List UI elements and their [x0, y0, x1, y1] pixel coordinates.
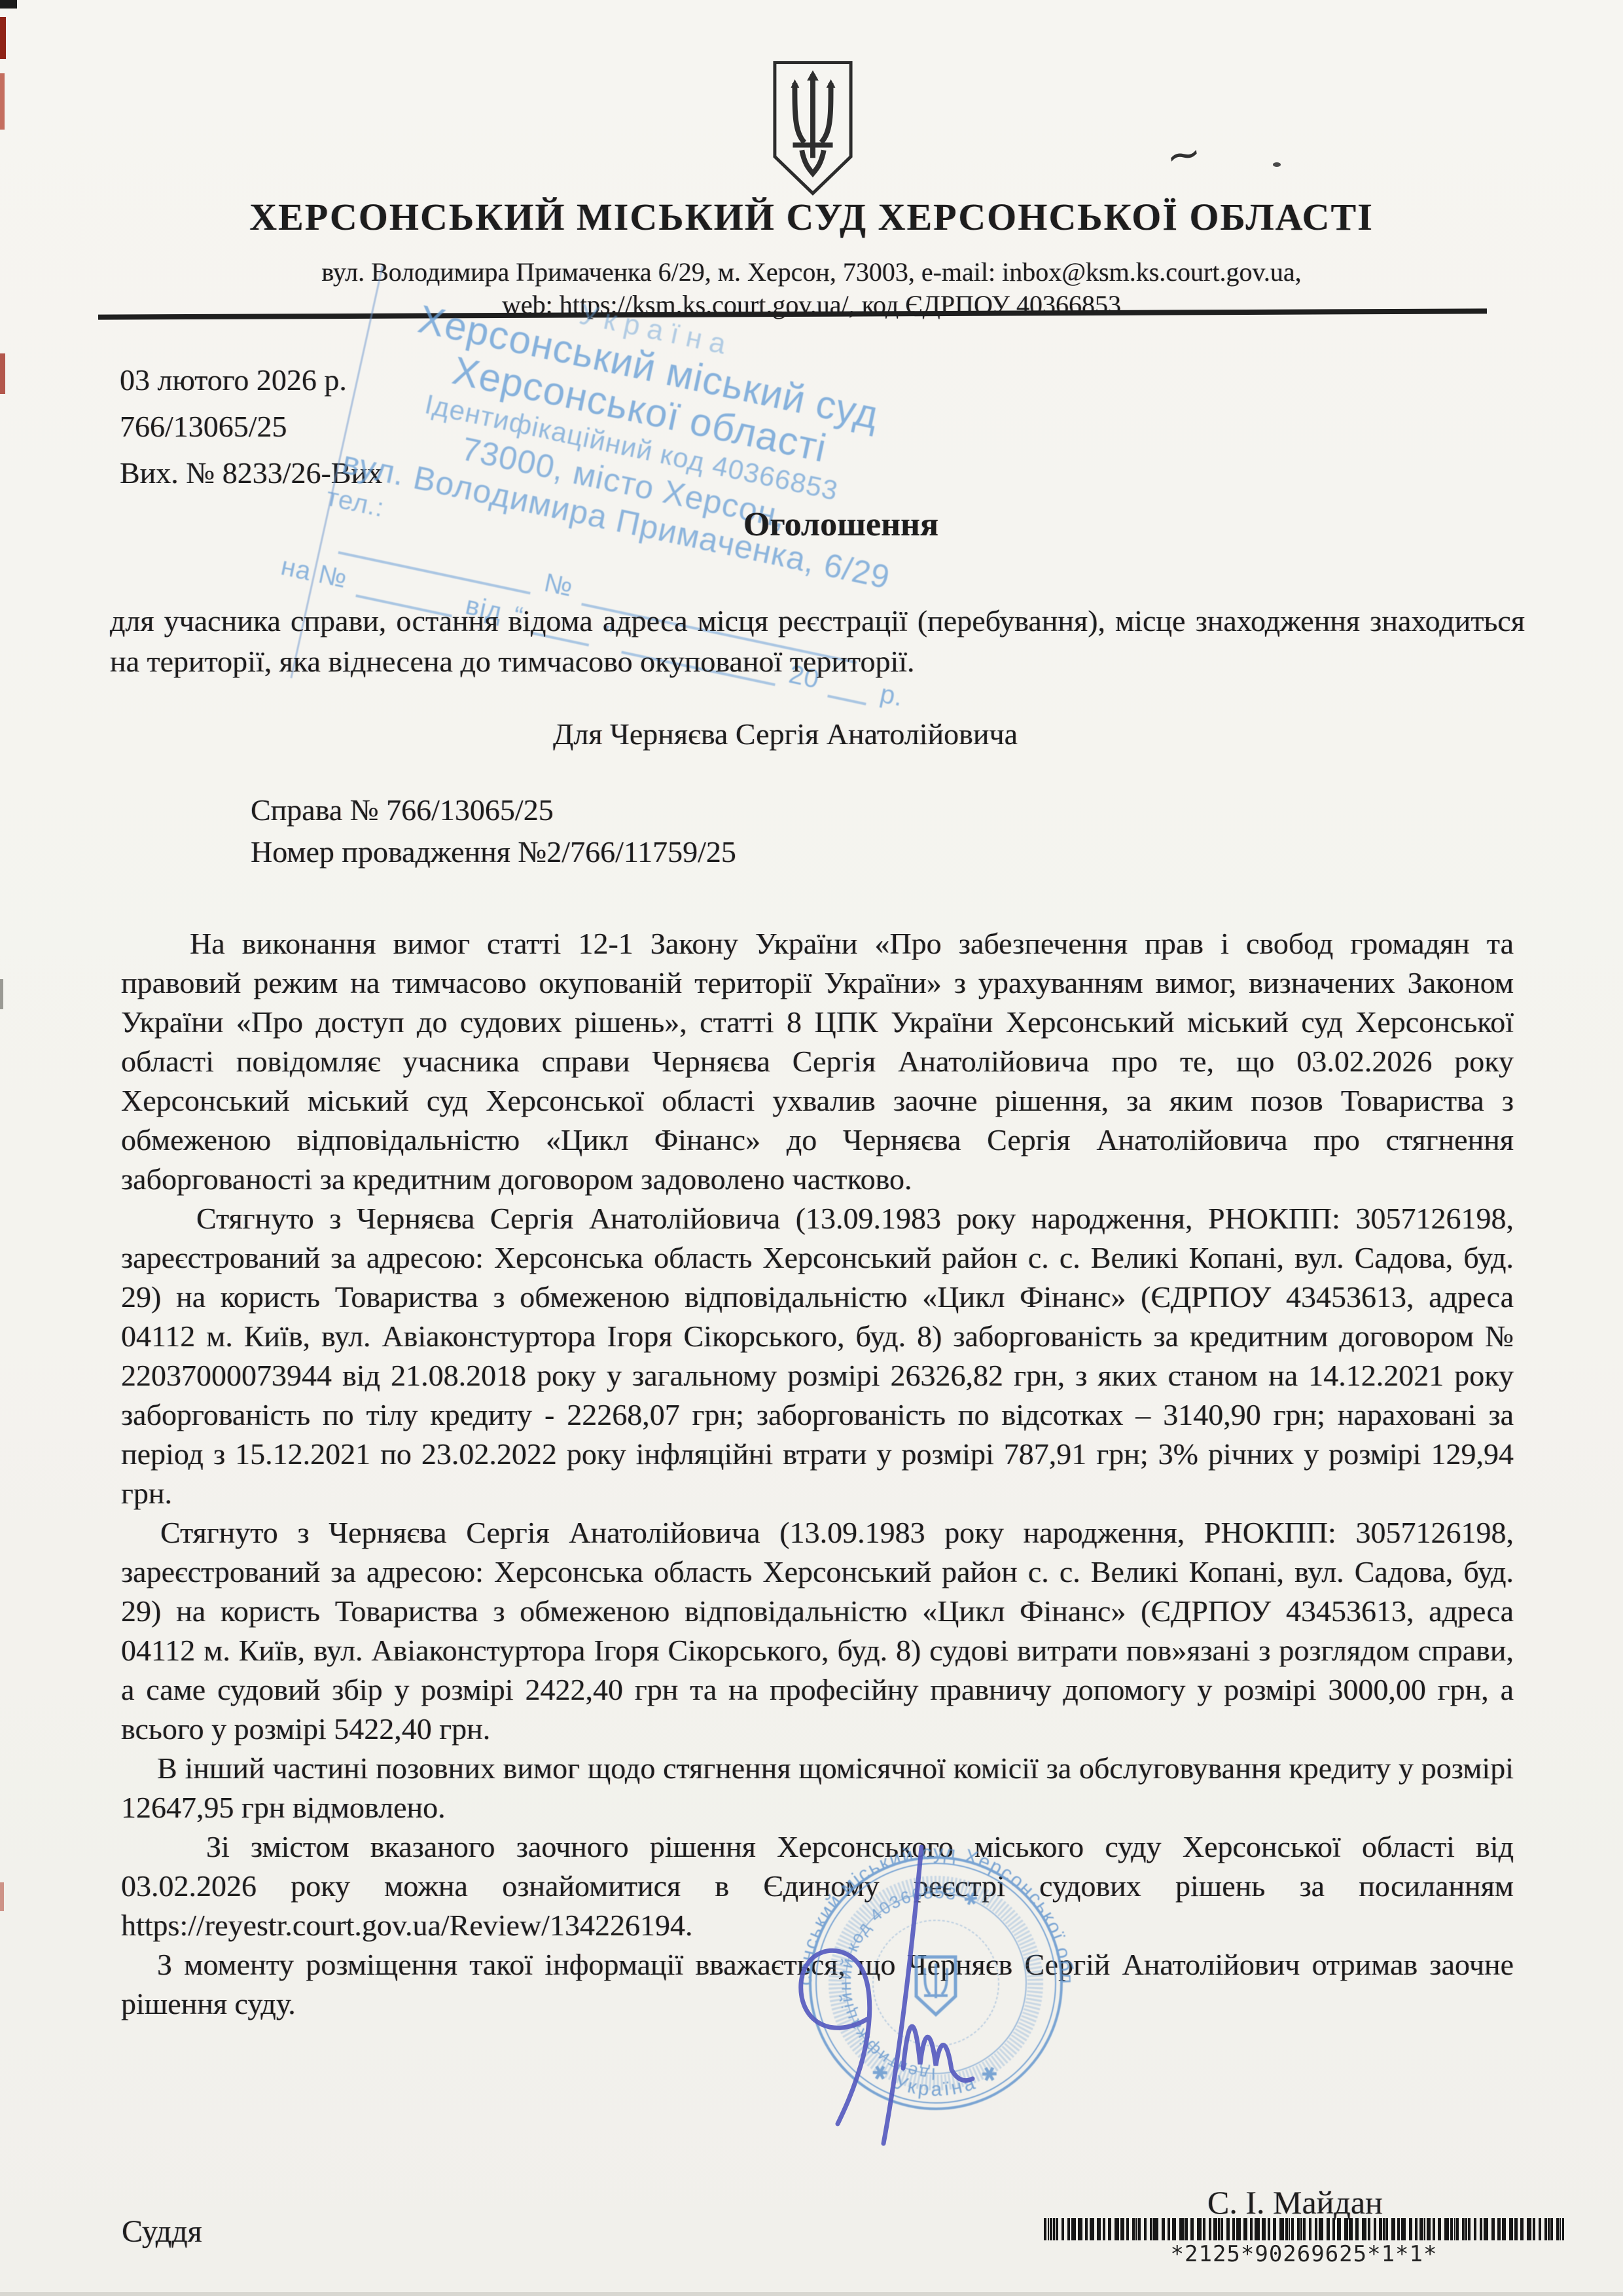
body-paragraph: Стягнуто з Черняєва Сергія Анатолійовича…	[121, 1199, 1514, 1513]
stamp-year-suffix: р.	[878, 679, 906, 713]
document-title: Оголошення	[0, 505, 1623, 544]
scan-artifact	[1273, 162, 1281, 167]
body-paragraph: Стягнуто з Черняєва Сергія Анатолійовича…	[121, 1513, 1514, 1749]
barcode	[1044, 2218, 1564, 2240]
body-paragraph: В інший частині позовних вимог щодо стяг…	[121, 1749, 1514, 1827]
case-line: Справа № 766/13065/25	[251, 789, 736, 831]
addressee-line: Для Черняєва Сергія Анатолійовича	[553, 717, 1018, 751]
scan-artifact	[0, 2292, 1623, 2296]
judge-label: Суддя	[122, 2214, 202, 2250]
ukraine-trident-coat-of-arms-icon	[771, 59, 855, 198]
case-info-block: Справа № 766/13065/25 Номер провадження …	[251, 789, 736, 873]
scan-artifact	[0, 1882, 4, 1911]
court-name: ХЕРСОНСЬКИЙ МІСЬКИЙ СУД ХЕРСОНСЬКОЇ ОБЛА…	[0, 195, 1623, 239]
scan-artifact	[0, 979, 3, 1009]
body-paragraph: На виконання вимог статті 12-1 Закону Ук…	[121, 924, 1514, 1199]
court-address-line: вул. Володимира Примаченка 6/29, м. Херс…	[0, 257, 1623, 287]
scan-artifact	[0, 17, 6, 59]
scan-artifact	[0, 73, 5, 130]
scan-artifact: ∼	[1162, 128, 1205, 182]
stamp-no-label: №	[541, 568, 575, 603]
judge-name: С. І. Майдан	[1207, 2183, 1383, 2221]
intro-paragraph: для учасника справи, остання відома адре…	[110, 601, 1525, 682]
scan-artifact	[0, 0, 17, 9]
scanned-court-document: ХЕРСОНСЬКИЙ МІСЬКИЙ СУД ХЕРСОНСЬКОЇ ОБЛА…	[0, 0, 1623, 2296]
proceeding-line: Номер провадження №2/766/11759/25	[251, 831, 736, 873]
barcode-label: *2125*90269625*1*1*	[1044, 2241, 1564, 2267]
scan-artifact	[0, 353, 5, 394]
judge-signature	[746, 1820, 1113, 2173]
